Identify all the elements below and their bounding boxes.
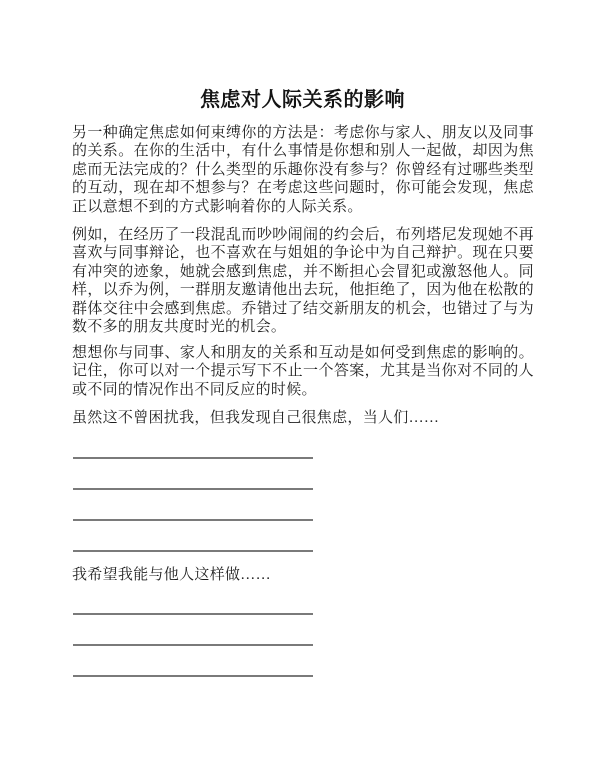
answer-lines-group-1 <box>73 428 313 552</box>
worksheet-page: 焦虑对人际关系的影响 另一种确定焦虑如何束缚你的方法是：考虑你与家人、朋友以及同… <box>0 0 600 774</box>
fill-in-prompt-wish-to-do: 我希望我能与他人这样做…… <box>72 566 534 584</box>
answer-blank-line <box>73 615 313 646</box>
answer-blank-line <box>73 646 313 677</box>
answer-blank-line <box>73 459 313 490</box>
intro-paragraph: 另一种确定焦虑如何束缚你的方法是：考虑你与家人、朋友以及同事的关系。在你的生活中… <box>72 124 534 216</box>
example-paragraph: 例如，在经历了一段混乱而吵吵闹闹的约会后，布列塔尼发现她不再喜欢与同事辩论，也不… <box>72 226 534 336</box>
answer-lines-group-2 <box>73 584 313 677</box>
answer-blank-line <box>73 584 313 615</box>
instruction-paragraph: 想想你与同事、家人和朋友的关系和互动是如何受到焦虑的影响的。记住，你可以对一个提… <box>72 344 534 399</box>
page-title: 焦虑对人际关系的影响 <box>72 83 533 112</box>
answer-blank-line <box>73 428 313 459</box>
fill-in-prompt-anxious-when: 虽然这不曾困扰我，但我发现自己很焦虑，当人们…… <box>72 409 534 427</box>
answer-blank-line <box>73 490 313 521</box>
answer-blank-line <box>73 521 313 552</box>
